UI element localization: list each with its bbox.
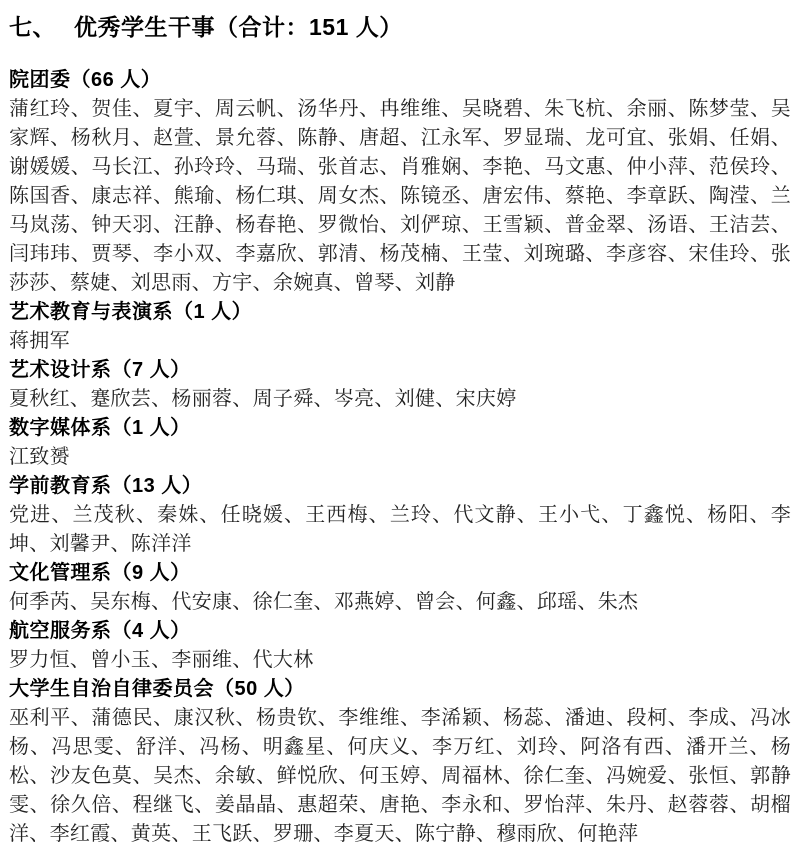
section-youth-league-committee: 院团委（66 人） 蒲红玲、贺佳、夏宇、周云帆、汤华丹、冉维维、吴晓碧、朱飞杭、… <box>9 66 791 298</box>
section-art-education-performance: 艺术教育与表演系（1 人） 蒋拥军 <box>9 298 791 356</box>
section-header: 大学生自治自律委员会（50 人） <box>9 675 791 704</box>
section-preschool-education: 学前教育系（13 人） 党进、兰茂秋、秦姝、任晓媛、王西梅、兰玲、代文静、王小弋… <box>9 472 791 559</box>
section-header: 航空服务系（4 人） <box>9 617 791 646</box>
section-header: 院团委（66 人） <box>9 66 791 95</box>
section-digital-media: 数字媒体系（1 人） 江致赟 <box>9 414 791 472</box>
section-names: 罗力恒、曾小玉、李丽维、代大林 <box>9 646 791 675</box>
section-student-self-governance-committee: 大学生自治自律委员会（50 人） 巫利平、蒲德民、康汉秋、杨贵钦、李维维、李浠颖… <box>9 675 791 849</box>
section-header: 文化管理系（9 人） <box>9 559 791 588</box>
section-art-design: 艺术设计系（7 人） 夏秋红、蹇欣芸、杨丽蓉、周子舜、岑亮、刘健、宋庆婷 <box>9 356 791 414</box>
section-names: 江致赟 <box>9 443 791 472</box>
section-header: 学前教育系（13 人） <box>9 472 791 501</box>
section-header: 艺术教育与表演系（1 人） <box>9 298 791 327</box>
section-names: 何季芮、吴东梅、代安康、徐仁奎、邓燕婷、曾会、何鑫、邱瑶、朱杰 <box>9 588 791 617</box>
section-names: 夏秋红、蹇欣芸、杨丽蓉、周子舜、岑亮、刘健、宋庆婷 <box>9 385 791 414</box>
document-title: 七、优秀学生干事（合计：151 人） <box>9 12 791 42</box>
document: 七、优秀学生干事（合计：151 人） 院团委（66 人） 蒲红玲、贺佳、夏宇、周… <box>0 0 800 859</box>
title-numbering: 七、 <box>9 14 56 40</box>
section-header: 艺术设计系（7 人） <box>9 356 791 385</box>
section-cultural-management: 文化管理系（9 人） 何季芮、吴东梅、代安康、徐仁奎、邓燕婷、曾会、何鑫、邱瑶、… <box>9 559 791 617</box>
section-names: 巫利平、蒲德民、康汉秋、杨贵钦、李维维、李浠颖、杨蕊、潘迪、段柯、李成、冯冰杨、… <box>9 704 791 849</box>
section-names: 蒋拥军 <box>9 327 791 356</box>
section-names: 党进、兰茂秋、秦姝、任晓媛、王西梅、兰玲、代文静、王小弋、丁鑫悦、杨阳、李坤、刘… <box>9 501 791 559</box>
section-names: 蒲红玲、贺佳、夏宇、周云帆、汤华丹、冉维维、吴晓碧、朱飞杭、余丽、陈梦莹、吴家辉… <box>9 95 791 298</box>
title-text: 优秀学生干事（合计：151 人） <box>74 14 403 40</box>
section-aviation-service: 航空服务系（4 人） 罗力恒、曾小玉、李丽维、代大林 <box>9 617 791 675</box>
section-header: 数字媒体系（1 人） <box>9 414 791 443</box>
